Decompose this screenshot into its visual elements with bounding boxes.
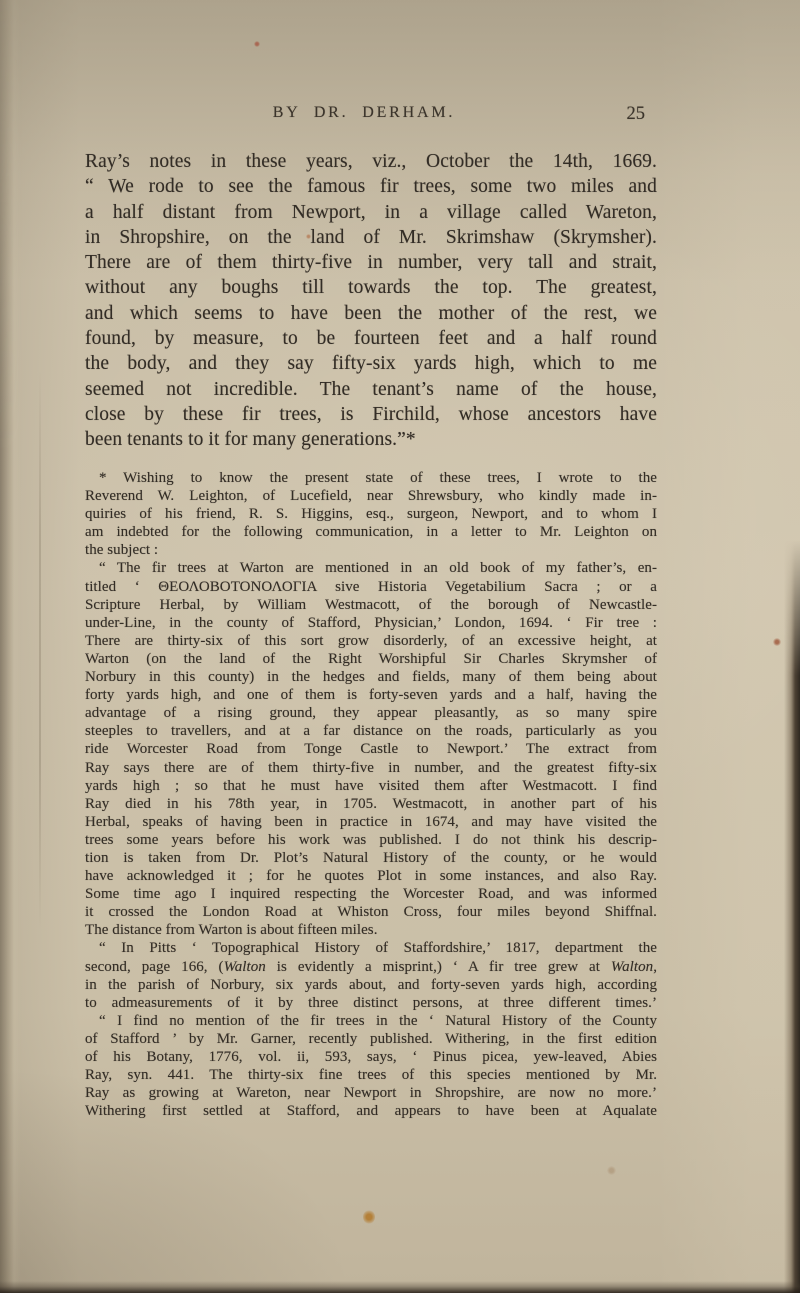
footnote-line: second, page 166, (Walton is evidently a… [85, 958, 657, 976]
footnote-line: Ray died in his 78th year, in 1705. West… [85, 795, 657, 813]
footnote-line: “ I find no mention of the fir trees in … [85, 1012, 657, 1030]
page-bottom-edge-shadow [0, 1281, 800, 1293]
footnote-line: of his Botany, 1776, vol. ii, 593, says,… [85, 1048, 657, 1066]
footnote-line: Ray, syn. 441. The thirty-six fine trees… [85, 1066, 657, 1084]
fox-spot [607, 1166, 616, 1175]
footnote-line: “ In Pitts ‘ Topographical History of St… [85, 939, 657, 957]
text-line: the body, and they say fifty-six yards h… [85, 351, 657, 376]
footnote-line: under-Line, in the county of Stafford, P… [85, 614, 657, 632]
fox-spot [363, 1210, 375, 1224]
footnote-line: of Stafford ’ by Mr. Garner, recently pu… [85, 1030, 657, 1048]
footnote-line: Herbal, speaks of having been in practic… [85, 813, 657, 831]
text-line: been tenants to it for many generations.… [85, 427, 657, 452]
footnote-line: quiries of his friend, R. S. Higgins, es… [85, 505, 657, 523]
fox-spot [773, 638, 781, 646]
footnote-line: trees some years before his work was pub… [85, 831, 657, 849]
footnote-line: forty yards high, and one of them is for… [85, 686, 657, 704]
footnote-line: Some time ago I inquired respecting the … [85, 885, 657, 903]
footnote-line: it crossed the London Road at Whiston Cr… [85, 903, 657, 921]
footnote-line: Withering first settled at Stafford, and… [85, 1102, 657, 1120]
text-line: found, by measure, to be fourteen feet a… [85, 326, 657, 351]
footnote-line: am indebted for the following communicat… [85, 523, 657, 541]
text-line: There are of them thirty-five in number,… [85, 250, 657, 275]
footnote-line: yards high ; so that he must have visite… [85, 777, 657, 795]
text-line: Ray’s notes in these years, viz., Octobe… [85, 149, 657, 174]
footnote-line: Ray as growing at Wareton, near Newport … [85, 1084, 657, 1102]
footnote-line: titled ‘ ΘΕΟΛΟΒΟΤΟΝΟΛΟΓΙΑ sive Historia … [85, 578, 657, 596]
page-right-edge-shadow [784, 540, 800, 1293]
text-line: “ We rode to see the famous fir trees, s… [85, 174, 657, 199]
page-crease [39, 370, 41, 930]
page-number: 25 [627, 104, 646, 125]
footnote-line: have acknowledged it ; for he quotes Plo… [85, 867, 657, 885]
text-line: close by these fir trees, is Firchild, w… [85, 402, 657, 427]
footnote-line: ride Worcester Road from Tonge Castle to… [85, 740, 657, 758]
footnote-line: the subject : [85, 541, 657, 559]
footnote: * Wishing to know the present state of t… [85, 469, 657, 1120]
footnote-line: advantage of a rising ground, they appea… [85, 704, 657, 722]
fox-spot [254, 41, 260, 47]
footnote-line: to admeasurements of it by three distinc… [85, 994, 657, 1012]
footnote-line: Norbury in this county) in the hedges an… [85, 668, 657, 686]
text-line: a half distant from Newport, in a villag… [85, 200, 657, 225]
footnote-line: tion is taken from Dr. Plot’s Natural Hi… [85, 849, 657, 867]
footnote-line: Reverend W. Leighton, of Lucefield, near… [85, 487, 657, 505]
footnote-line: Ray says there are of them thirty-five i… [85, 759, 657, 777]
footnote-line: steeples to travellers, and at a far dis… [85, 722, 657, 740]
footnote-line: “ The fir trees at Warton are mentioned … [85, 559, 657, 577]
footnote-line: The distance from Warton is about fiftee… [85, 921, 657, 939]
footnote-line: * Wishing to know the present state of t… [85, 469, 657, 487]
text-line: seemed not incredible. The tenant’s name… [85, 377, 657, 402]
footnote-line: in the parish of Norbury, six yards abou… [85, 976, 657, 994]
main-text: Ray’s notes in these years, viz., Octobe… [85, 149, 657, 453]
footnote-line: There are thirty-six of this sort grow d… [85, 632, 657, 650]
footnote-line: Scripture Herbal, by William Westmacott,… [85, 596, 657, 614]
text-line: in Shropshire, on the land of Mr. Skrims… [85, 225, 657, 250]
book-page: BY DR. DERHAM. 25 Ray’s notes in these y… [0, 0, 800, 1293]
page-header: BY DR. DERHAM. 25 [85, 104, 657, 128]
running-header-title: BY DR. DERHAM. [273, 104, 455, 122]
page-left-edge-shadow [0, 0, 22, 1293]
text-line: and which seems to have been the mother … [85, 301, 657, 326]
footnote-line: Warton (on the land of the Right Worship… [85, 650, 657, 668]
text-line: without any boughs till towards the top.… [85, 275, 657, 300]
